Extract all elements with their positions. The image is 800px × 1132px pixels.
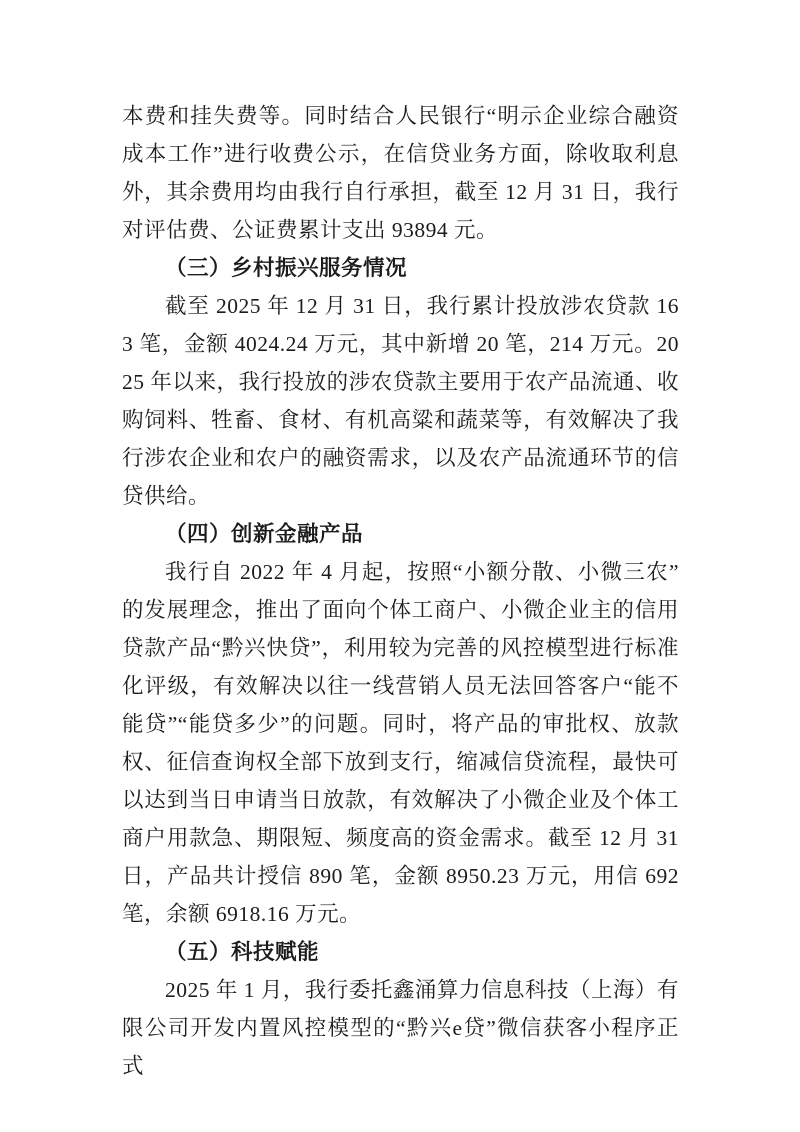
paragraph-fee-disclosure-continued: 本费和挂失费等。同时结合人民银行“明示企业综合融资成本工作”进行收费公示，在信贷… [122,97,679,249]
heading-technology-empowerment: （五）科技赋能 [122,933,679,971]
heading-innovative-financial-products: （四）创新金融产品 [122,515,679,553]
heading-rural-revitalization-services: （三）乡村振兴服务情况 [122,249,679,287]
paragraph-qianxing-kuaidai-product: 我行自 2022 年 4 月起，按照“小额分散、小微三农”的发展理念，推出了面向… [122,553,679,933]
document-page: 本费和挂失费等。同时结合人民银行“明示企业综合融资成本工作”进行收费公示，在信贷… [0,0,800,1132]
paragraph-agricultural-loans: 截至 2025 年 12 月 31 日，我行累计投放涉农贷款 163 笔，金额 … [122,287,679,515]
paragraph-qianxing-edai-miniprogram: 2025 年 1 月，我行委托鑫涌算力信息科技（上海）有限公司开发内置风控模型的… [122,971,679,1085]
